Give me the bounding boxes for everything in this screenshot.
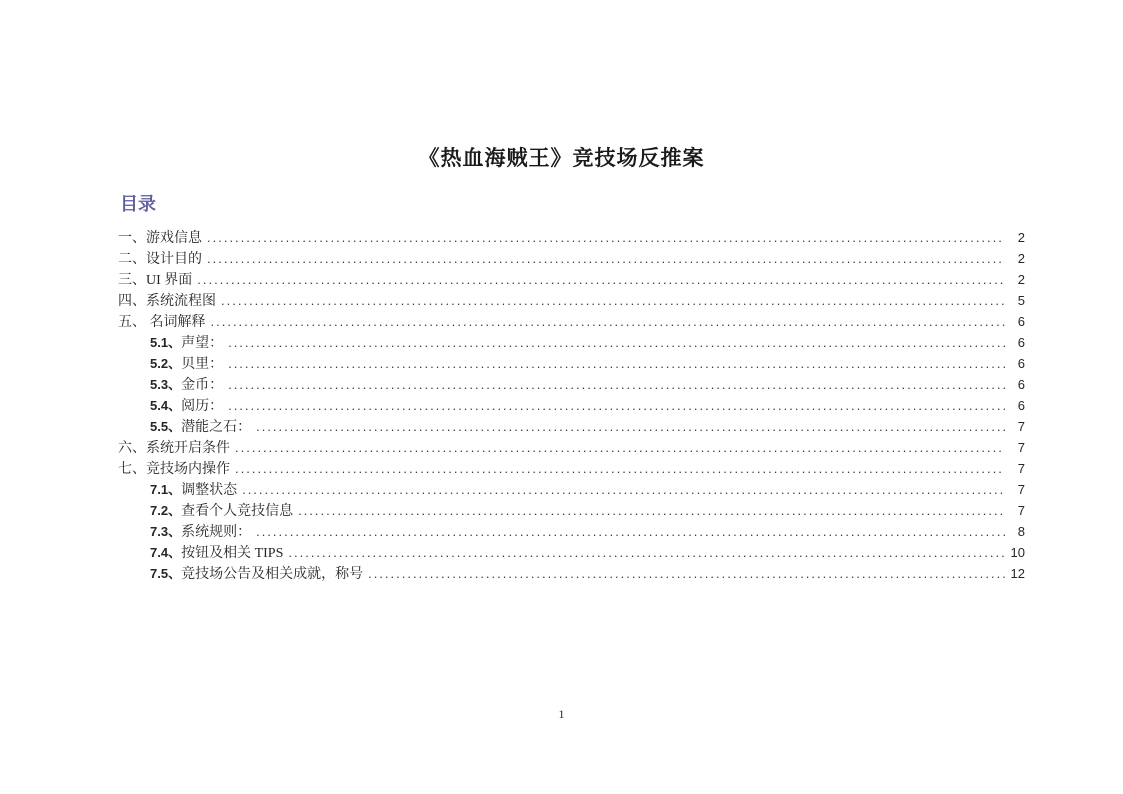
toc-entry-label: 游戏信息: [146, 227, 202, 247]
toc-leader-dots: [228, 356, 1005, 373]
document-page: 《热血海贼王》竞技场反推案 目录 一、 游戏信息 2 二、 设计目的 2: [0, 0, 1123, 794]
toc-entry[interactable]: 7.5、 竞技场公告及相关成就，称号 12: [118, 563, 1025, 584]
toc-page-number: 7: [1008, 419, 1025, 434]
document-title: 《热血海贼王》竞技场反推案: [0, 142, 1123, 172]
toc-entry-number: 四、: [118, 290, 146, 310]
page-number-footer: 1: [0, 707, 1123, 722]
toc-page-number: 6: [1008, 398, 1025, 413]
toc-entry-label: 声望：: [181, 332, 223, 352]
toc-page-number: 10: [1008, 545, 1025, 560]
toc-page-number: 2: [1008, 230, 1025, 245]
toc-entry[interactable]: 二、 设计目的 2: [118, 248, 1025, 269]
toc-entry[interactable]: 7.3、 系统规则： 8: [118, 521, 1025, 542]
toc-entry-number: 三、: [118, 269, 146, 289]
toc-entry-number: 六、: [118, 437, 146, 457]
toc-entries: 一、 游戏信息 2 二、 设计目的 2 三、 UI 界面 2: [118, 227, 1025, 584]
toc-page-number: 6: [1008, 314, 1025, 329]
toc-page-number: 12: [1008, 566, 1025, 581]
toc-entry-number: 7.4、: [150, 542, 181, 561]
toc-entry-label: 按钮及相关 TIPS: [181, 542, 283, 562]
toc-entry-number: 7.1、: [150, 479, 181, 498]
toc-entry[interactable]: 5.5、 潜能之石： 7: [118, 416, 1025, 437]
toc-entry-number: 7.2、: [150, 500, 181, 519]
toc-page-number: 2: [1008, 251, 1025, 266]
table-of-contents: 目录 一、 游戏信息 2 二、 设计目的 2 三、: [118, 190, 1025, 584]
toc-entry-label: 系统规则：: [181, 521, 251, 541]
toc-leader-dots: [298, 503, 1005, 520]
toc-entry[interactable]: 7.1、 调整状态 7: [118, 479, 1025, 500]
toc-entry-label: 阅历：: [181, 395, 223, 415]
toc-entry[interactable]: 5.1、 声望： 6: [118, 332, 1025, 353]
toc-leader-dots: [242, 482, 1005, 499]
toc-entry-label: 竞技场公告及相关成就，称号: [181, 563, 363, 583]
toc-leader-dots: [228, 335, 1005, 352]
toc-entry-label: 名词解释: [146, 311, 206, 331]
toc-entry-number: 七、: [118, 458, 146, 478]
toc-entry-label: 贝里：: [181, 353, 223, 373]
toc-leader-dots: [256, 419, 1005, 436]
toc-entry-number: 5.4、: [150, 395, 181, 414]
toc-leader-dots: [207, 230, 1005, 247]
toc-entry[interactable]: 六、 系统开启条件 7: [118, 437, 1025, 458]
toc-entry-number: 5.2、: [150, 353, 181, 372]
toc-page-number: 7: [1008, 461, 1025, 476]
toc-page-number: 6: [1008, 377, 1025, 392]
toc-entry[interactable]: 五、 名词解释 6: [118, 311, 1025, 332]
toc-page-number: 6: [1008, 335, 1025, 350]
toc-entry-number: 二、: [118, 248, 146, 268]
toc-entry[interactable]: 5.4、 阅历： 6: [118, 395, 1025, 416]
toc-page-number: 7: [1008, 482, 1025, 497]
toc-leader-dots: [228, 377, 1005, 394]
toc-entry-label: UI 界面: [146, 269, 192, 289]
toc-leader-dots: [228, 398, 1005, 415]
toc-entry-label: 系统开启条件: [146, 437, 230, 457]
toc-leader-dots: [207, 251, 1005, 268]
toc-leader-dots: [256, 524, 1005, 541]
toc-page-number: 8: [1008, 524, 1025, 539]
toc-page-number: 7: [1008, 503, 1025, 518]
toc-leader-dots: [197, 272, 1005, 289]
toc-entry[interactable]: 5.2、 贝里： 6: [118, 353, 1025, 374]
toc-entry[interactable]: 7.2、 查看个人竞技信息 7: [118, 500, 1025, 521]
toc-leader-dots: [211, 314, 1006, 331]
toc-leader-dots: [235, 440, 1005, 457]
toc-entry-label: 查看个人竞技信息: [181, 500, 293, 520]
toc-entry-label: 竞技场内操作: [146, 458, 230, 478]
toc-page-number: 2: [1008, 272, 1025, 287]
toc-entry-number: 5.1、: [150, 332, 181, 351]
toc-leader-dots: [288, 545, 1005, 562]
toc-entry-number: 7.3、: [150, 521, 181, 540]
toc-entry-label: 调整状态: [181, 479, 237, 499]
toc-entry-number: 一、: [118, 227, 146, 247]
toc-entry-label: 系统流程图: [146, 290, 216, 310]
toc-entry-label: 潜能之石：: [181, 416, 251, 436]
toc-entry[interactable]: 四、 系统流程图 5: [118, 290, 1025, 311]
toc-entry-number: 五、: [118, 311, 146, 331]
toc-entry-number: 5.5、: [150, 416, 181, 435]
toc-entry-number: 7.5、: [150, 563, 181, 582]
toc-page-number: 5: [1008, 293, 1025, 308]
toc-leader-dots: [235, 461, 1005, 478]
toc-entry[interactable]: 一、 游戏信息 2: [118, 227, 1025, 248]
toc-entry[interactable]: 7.4、 按钮及相关 TIPS 10: [118, 542, 1025, 563]
toc-heading: 目录: [120, 190, 1025, 216]
toc-entry[interactable]: 5.3、 金币： 6: [118, 374, 1025, 395]
toc-entry[interactable]: 三、 UI 界面 2: [118, 269, 1025, 290]
toc-entry-label: 设计目的: [146, 248, 202, 268]
toc-entry-label: 金币：: [181, 374, 223, 394]
toc-page-number: 7: [1008, 440, 1025, 455]
toc-leader-dots: [221, 293, 1005, 310]
toc-page-number: 6: [1008, 356, 1025, 371]
toc-leader-dots: [368, 566, 1005, 583]
toc-entry[interactable]: 七、 竞技场内操作 7: [118, 458, 1025, 479]
toc-entry-number: 5.3、: [150, 374, 181, 393]
